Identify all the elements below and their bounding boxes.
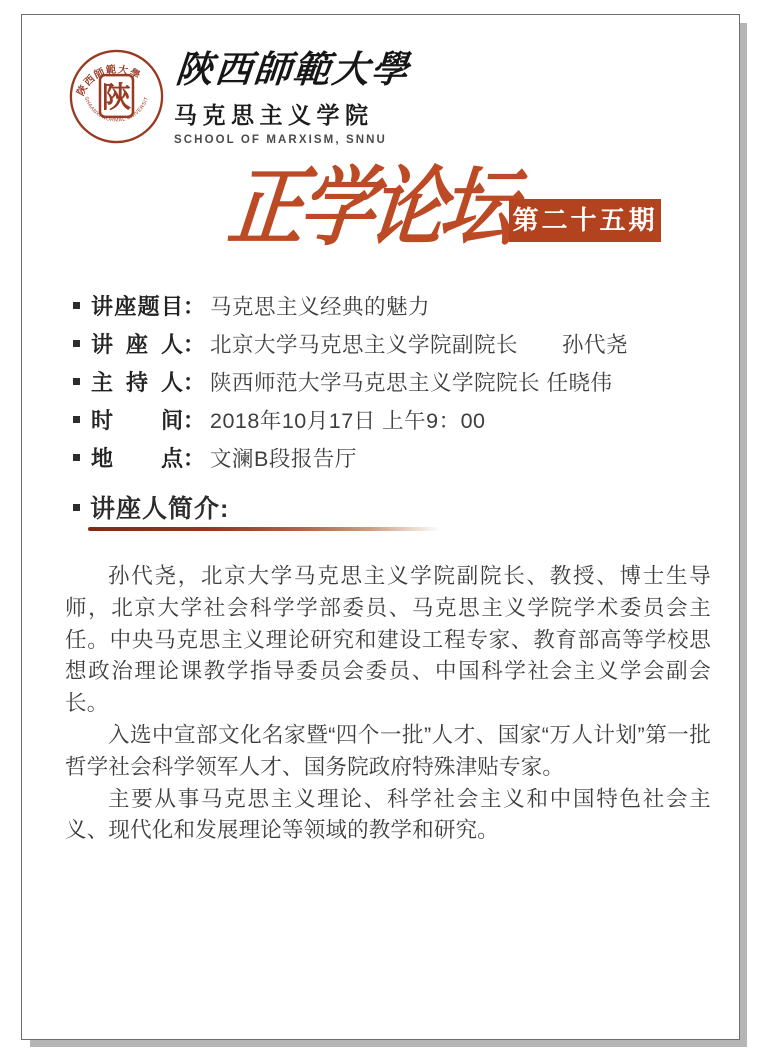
info-row-time: 时间 ： 2018年10月17日 上午9：00 xyxy=(73,405,713,433)
info-value: 北京大学马克思主义学院副院长 孙代尧 xyxy=(210,328,628,359)
info-row-topic: 讲座题目 ： 马克思主义经典的魅力 xyxy=(73,291,713,319)
info-row-host: 主持人 ： 陕西师范大学马克思主义学院院长 任晓伟 xyxy=(73,367,713,395)
issue-badge: 第二十五期 xyxy=(509,199,661,242)
info-row-location: 地点 ： 文澜B段报告厅 xyxy=(73,443,713,471)
info-label: 讲座人 xyxy=(91,328,183,359)
university-seal-icon: 陝西師範大學 SHAANXI NORMAL UNIVERSITY 陝 xyxy=(68,48,165,145)
bullet-icon xyxy=(73,416,80,423)
bullet-icon xyxy=(73,504,80,511)
info-colon: ： xyxy=(183,290,205,321)
lecture-info-list: 讲座题目 ： 马克思主义经典的魅力 讲座人 ： 北京大学马克思主义学院副院长 孙… xyxy=(73,291,713,481)
bio-paragraph: 入选中宣部文化名家暨“四个一批”人才、国家“万人计划”第一批哲学社会科学领军人才… xyxy=(65,720,711,784)
info-value: 文澜B段报告厅 xyxy=(210,442,357,473)
info-value: 2018年10月17日 上午9：00 xyxy=(210,404,486,435)
info-label: 主持人 xyxy=(91,366,183,397)
info-colon: ： xyxy=(183,366,205,397)
bio-heading-text: 讲座人简介: xyxy=(90,489,229,525)
info-value: 陕西师范大学马克思主义学院院长 任晓伟 xyxy=(210,366,612,397)
info-colon: ： xyxy=(183,404,205,435)
bio-text-block: 孙代尧，北京大学马克思主义学院副院长、教授、博士生导师，北京大学社会科学学部委员… xyxy=(65,561,711,847)
bullet-icon xyxy=(73,454,80,461)
bullet-icon xyxy=(73,302,80,309)
bio-paragraph: 孙代尧，北京大学马克思主义学院副院长、教授、博士生导师，北京大学社会科学学部委员… xyxy=(65,561,711,720)
bio-section-heading: 讲座人简介: xyxy=(73,489,229,525)
bio-paragraph: 主要从事马克思主义理论、科学社会主义和中国特色社会主义、现代化和发展理论等领域的… xyxy=(65,784,711,848)
seal-center-character: 陝 xyxy=(102,81,131,114)
forum-title: 正学论坛 xyxy=(223,155,516,263)
info-colon: ： xyxy=(183,442,205,473)
info-label: 讲座题目 xyxy=(91,290,183,321)
info-label: 时间 xyxy=(91,404,183,435)
gradient-divider xyxy=(88,527,441,531)
info-colon: ： xyxy=(183,328,205,359)
poster-page: 陝西師範大學 SHAANXI NORMAL UNIVERSITY 陝 陝西師範大… xyxy=(21,14,740,1040)
bullet-icon xyxy=(73,378,80,385)
university-name: 陝西師範大學 xyxy=(174,50,412,93)
school-name-english: SCHOOL OF MARXISM, SNNU xyxy=(174,134,408,146)
logo-block: 陝西師範大學 SHAANXI NORMAL UNIVERSITY 陝 陝西師範大… xyxy=(68,48,408,146)
info-label: 地点 xyxy=(91,442,183,473)
bullet-icon xyxy=(73,340,80,347)
school-name: 马克思主义学院 xyxy=(174,97,408,130)
info-value: 马克思主义经典的魅力 xyxy=(210,290,430,321)
logo-text-block: 陝西師範大學 马克思主义学院 SCHOOL OF MARXISM, SNNU xyxy=(174,48,408,146)
info-row-speaker: 讲座人 ： 北京大学马克思主义学院副院长 孙代尧 xyxy=(73,329,713,357)
